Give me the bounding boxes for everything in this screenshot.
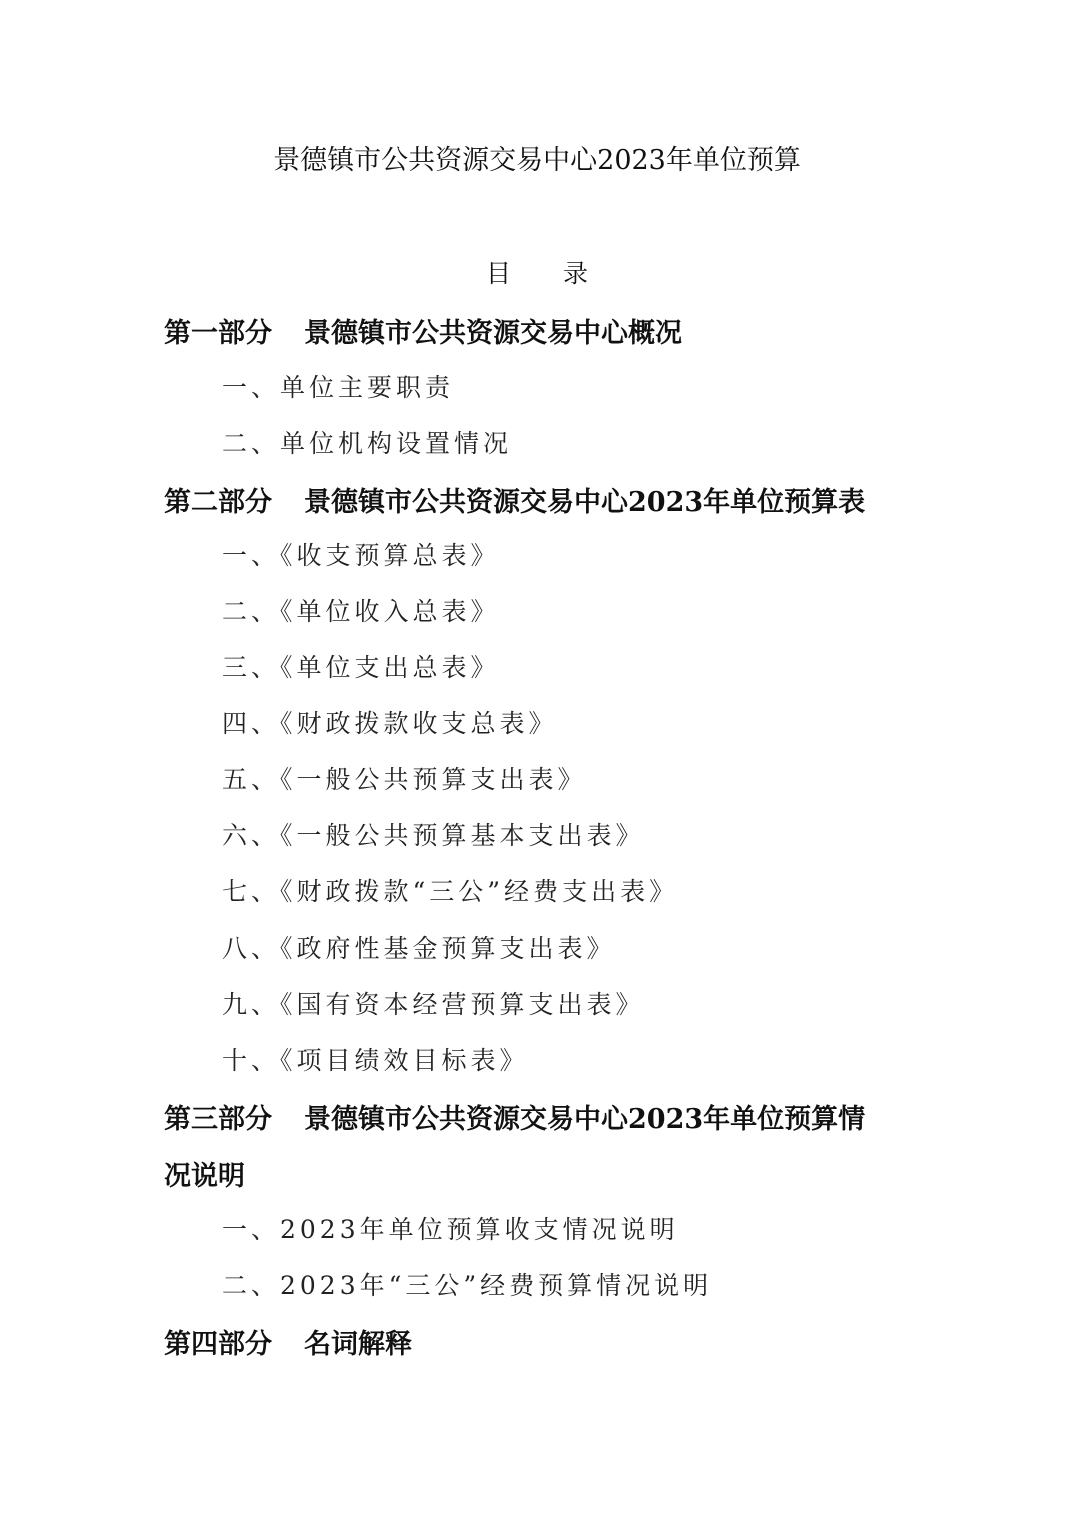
part-title: 名词解释	[304, 1329, 412, 1360]
toc-item: 八、《政府性基金预算支出表》	[222, 929, 616, 965]
part-label: 第一部分	[164, 318, 272, 349]
part-label: 第三部分	[164, 1104, 272, 1135]
toc-part-4: 第四部分名词解释	[164, 1322, 412, 1361]
part-title: 景德镇市公共资源交易中心2023年单位预算表	[304, 487, 865, 518]
toc-item: 一、单位主要职责	[222, 368, 454, 404]
toc-item: 二、《单位收入总表》	[222, 592, 500, 628]
toc-item: 六、《一般公共预算基本支出表》	[222, 816, 645, 852]
toc-item: 二、2023年“三公”经费预算情况说明	[222, 1266, 712, 1302]
part-label: 第四部分	[164, 1329, 272, 1360]
part-title: 景德镇市公共资源交易中心概况	[304, 318, 682, 349]
toc-item: 二、单位机构设置情况	[222, 424, 512, 460]
toc-part-2: 第二部分景德镇市公共资源交易中心2023年单位预算表	[164, 480, 865, 519]
toc-part-1: 第一部分景德镇市公共资源交易中心概况	[164, 311, 682, 350]
toc-item: 一、2023年单位预算收支情况说明	[222, 1210, 679, 1246]
part-label: 第二部分	[164, 487, 272, 518]
toc-part-3: 第三部分景德镇市公共资源交易中心2023年单位预算情	[164, 1097, 865, 1136]
toc-item: 十、《项目绩效目标表》	[222, 1041, 529, 1077]
toc-heading-char-1: 目	[486, 254, 511, 290]
document-title: 景德镇市公共资源交易中心2023年单位预算	[0, 138, 1074, 177]
toc-item: 五、《一般公共预算支出表》	[222, 760, 587, 796]
toc-item: 一、《收支预算总表》	[222, 536, 500, 572]
part-title: 景德镇市公共资源交易中心2023年单位预算情	[304, 1104, 865, 1135]
toc-item: 七、《财政拨款“三公”经费支出表》	[222, 872, 678, 908]
toc-part-3-title-cont: 况说明	[164, 1154, 245, 1193]
toc-item: 四、《财政拨款收支总表》	[222, 704, 558, 740]
toc-heading: 目录	[0, 254, 1074, 290]
toc-item: 三、《单位支出总表》	[222, 648, 500, 684]
toc-heading-char-2: 录	[563, 254, 588, 290]
toc-item: 九、《国有资本经营预算支出表》	[222, 985, 645, 1021]
